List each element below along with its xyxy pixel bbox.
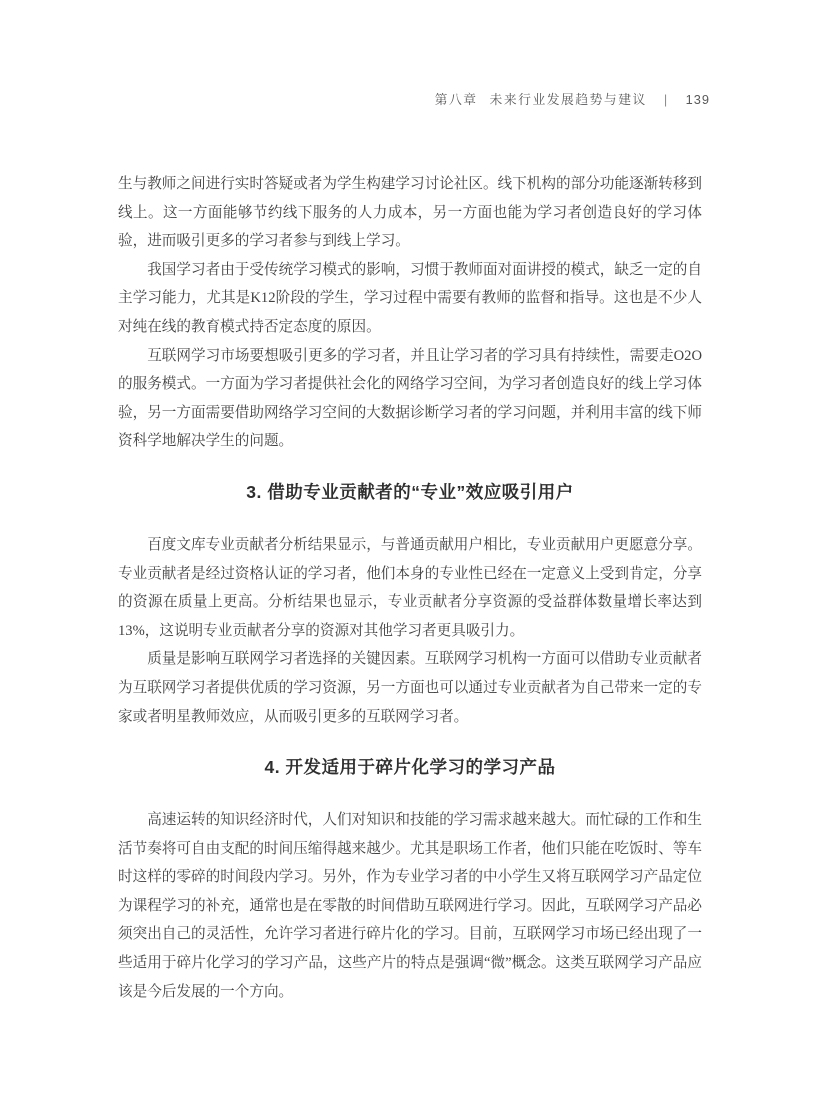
body-text: 生与教师之间进行实时答疑或者为学生构建学习讨论社区。线下机构的部分功能逐渐转移到… [118, 170, 702, 1006]
page-number: 139 [686, 92, 710, 107]
paragraph-6: 高速运转的知识经济时代，人们对知识和技能的学习需求越来越大。而忙碌的工作和生活节… [118, 806, 702, 1006]
header-title: 未来行业发展趋势与建议 [490, 92, 647, 107]
section-heading-3: 3. 借助专业贡献者的“专业”效应吸引用户 [118, 479, 702, 505]
header-separator: | [664, 92, 669, 107]
paragraph-1: 生与教师之间进行实时答疑或者为学生构建学习讨论社区。线下机构的部分功能逐渐转移到… [118, 170, 702, 256]
paragraph-3: 互联网学习市场要想吸引更多的学习者，并且让学习者的学习具有持续性，需要走O2O的… [118, 342, 702, 456]
chapter-label: 第八章 [435, 92, 478, 107]
page-header: 第八章未来行业发展趋势与建议|139 [435, 93, 710, 107]
section-heading-4: 4. 开发适用于碎片化学习的学习产品 [118, 754, 702, 780]
paragraph-5: 质量是影响互联网学习者选择的关键因素。互联网学习机构一方面可以借助专业贡献者为互… [118, 645, 702, 731]
paragraph-2: 我国学习者由于受传统学习模式的影响，习惯于教师面对面讲授的模式，缺乏一定的自主学… [118, 256, 702, 342]
book-page: 第八章未来行业发展趋势与建议|139 生与教师之间进行实时答疑或者为学生构建学习… [0, 0, 816, 1100]
paragraph-4: 百度文库专业贡献者分析结果显示，与普通贡献用户相比，专业贡献用户更愿意分享。专业… [118, 531, 702, 645]
